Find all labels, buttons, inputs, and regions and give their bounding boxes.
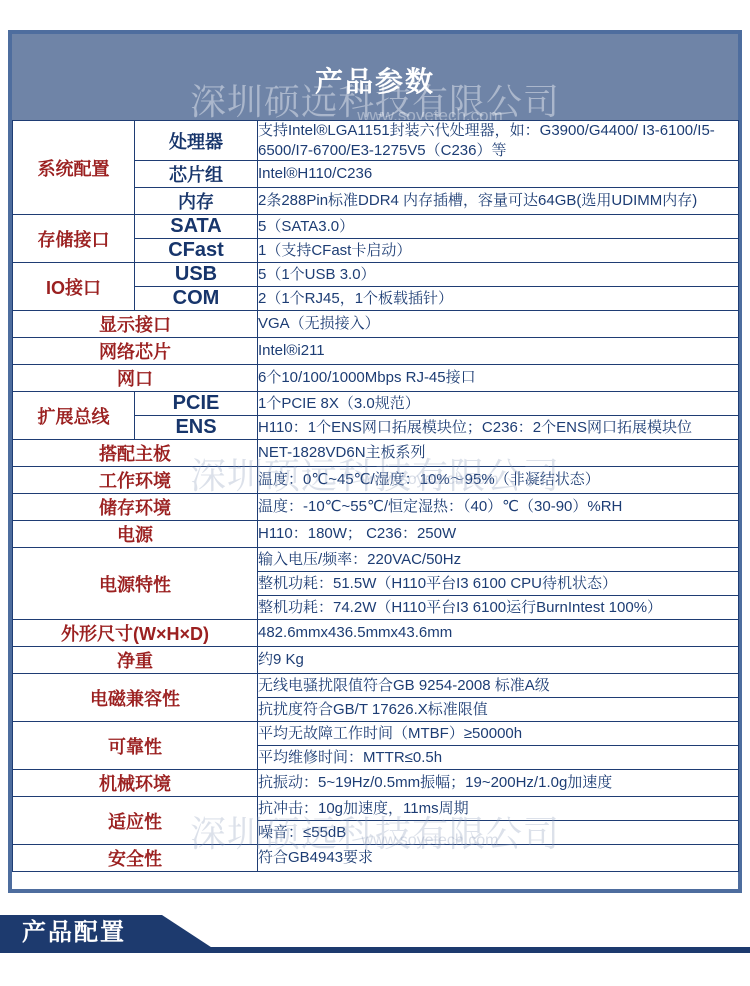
spec-value: 5（SATA3.0） [258, 215, 739, 239]
product-spec-panel: 深圳硕远科技有限公司 www.soyetech.com 产品参数 系统配置 处理… [8, 30, 742, 893]
spec-subcategory: COM [135, 287, 258, 311]
spec-value: 噪音：≤55dB [258, 821, 739, 845]
spec-subcategory: 芯片组 [135, 161, 258, 188]
spec-value: H110：180W； C236：250W [258, 521, 739, 548]
footer-section-title: 产品配置 [22, 915, 126, 949]
spec-category: 网口 [13, 365, 258, 392]
spec-value: 输入电压/频率：220VAC/50Hz [258, 548, 739, 572]
table-row: 安全性 符合GB4943要求 [13, 845, 739, 872]
spec-category: 电磁兼容性 [13, 674, 258, 722]
spec-value: 1个PCIE 8X（3.0规范） [258, 392, 739, 416]
spec-value: 约9 Kg [258, 647, 739, 674]
spec-category: 安全性 [13, 845, 258, 872]
spec-category: 电源 [13, 521, 258, 548]
spec-value: 支持Intel®LGA1151封装六代处理器，如：G3900/G4400/ I3… [258, 121, 739, 161]
spec-value: 5（1个USB 3.0） [258, 263, 739, 287]
spec-category: IO接口 [13, 263, 135, 311]
watermark-site: www.soyetech.com [122, 106, 738, 120]
table-row: 存储接口 SATA 5（SATA3.0） [13, 215, 739, 239]
spec-value: 482.6mmx436.5mmx43.6mm [258, 620, 739, 647]
spec-subcategory: ENS [135, 416, 258, 440]
spec-value: 温度：0℃~45℃/湿度：10%～95%（非凝结状态） [258, 467, 739, 494]
spec-category: 搭配主板 [13, 440, 258, 467]
spec-value: 抗振动：5~19Hz/0.5mm振幅；19~200Hz/1.0g加速度 [258, 770, 739, 797]
spec-value: H110：1个ENS网口拓展模块位；C236：2个ENS网口拓展模块位 [258, 416, 739, 440]
table-row: 显示接口 VGA（无损接入） [13, 311, 739, 338]
spec-value: 平均维修时间：MTTR≤0.5h [258, 746, 739, 770]
spec-category: 外形尺寸(W×H×D) [13, 620, 258, 647]
spec-subcategory: 内存 [135, 188, 258, 215]
spec-value: 抗冲击：10g加速度，11ms周期 [258, 797, 739, 821]
spec-value: VGA（无损接入） [258, 311, 739, 338]
spec-value: 2（1个RJ45，1个板载插针） [258, 287, 739, 311]
spec-category: 系统配置 [13, 121, 135, 215]
spec-value: 符合GB4943要求 [258, 845, 739, 872]
spec-category: 网络芯片 [13, 338, 258, 365]
table-row: 网络芯片 Intel®i211 [13, 338, 739, 365]
table-row: 系统配置 处理器 支持Intel®LGA1151封装六代处理器，如：G3900/… [13, 121, 739, 161]
spec-subcategory: USB [135, 263, 258, 287]
spec-value: NET-1828VD6N主板系列 [258, 440, 739, 467]
footer-banner: 产品配置 [0, 915, 750, 953]
table-row: 电磁兼容性 无线电骚扰限值符合GB 9254-2008 标准A级 [13, 674, 739, 698]
spec-subcategory: CFast [135, 239, 258, 263]
spec-category: 可靠性 [13, 722, 258, 770]
spec-value: 抗扰度符合GB/T 17626.X标准限值 [258, 698, 739, 722]
table-row: 适应性 抗冲击：10g加速度，11ms周期 [13, 797, 739, 821]
table-row: 搭配主板 NET-1828VD6N主板系列 [13, 440, 739, 467]
spec-category: 机械环境 [13, 770, 258, 797]
table-row: 储存环境 温度：-10℃~55℃/恒定湿热：（40）℃（30-90）%RH [13, 494, 739, 521]
spec-value: 6个10/100/1000Mbps RJ-45接口 [258, 365, 739, 392]
table-row: 扩展总线 PCIE 1个PCIE 8X（3.0规范） [13, 392, 739, 416]
table-row: 电源特性 输入电压/频率：220VAC/50Hz [13, 548, 739, 572]
spec-value: 2条288Pin标准DDR4 内存插槽，容量可达64GB(选用UDIMM内存) [258, 188, 739, 215]
table-row: 净重 约9 Kg [13, 647, 739, 674]
table-row: 电源 H110：180W； C236：250W [13, 521, 739, 548]
table-row: 外形尺寸(W×H×D) 482.6mmx436.5mmx43.6mm [13, 620, 739, 647]
spec-category: 扩展总线 [13, 392, 135, 440]
spec-title: 产品参数 [12, 60, 738, 100]
table-row: 可靠性 平均无故障工作时间（MTBF）≥50000h [13, 722, 739, 746]
spec-subcategory: PCIE [135, 392, 258, 416]
spec-value: 1（支持CFast卡启动） [258, 239, 739, 263]
spec-category: 净重 [13, 647, 258, 674]
spec-header-band: 深圳硕远科技有限公司 www.soyetech.com 产品参数 [12, 34, 738, 120]
spec-value: 整机功耗：51.5W（H110平台I3 6100 CPU待机状态） [258, 572, 739, 596]
table-row: IO接口 USB 5（1个USB 3.0） [13, 263, 739, 287]
spec-category: 显示接口 [13, 311, 258, 338]
spec-value: 平均无故障工作时间（MTBF）≥50000h [258, 722, 739, 746]
spec-subcategory: 处理器 [135, 121, 258, 161]
spec-value: Intel®H110/C236 [258, 161, 739, 188]
table-row: 网口 6个10/100/1000Mbps RJ-45接口 [13, 365, 739, 392]
spec-category: 电源特性 [13, 548, 258, 620]
spec-value: 整机功耗：74.2W（H110平台I3 6100运行BurnIntest 100… [258, 596, 739, 620]
spec-value: 无线电骚扰限值符合GB 9254-2008 标准A级 [258, 674, 739, 698]
spec-table: 系统配置 处理器 支持Intel®LGA1151封装六代处理器，如：G3900/… [12, 120, 739, 872]
spec-category: 工作环境 [13, 467, 258, 494]
table-row: 工作环境 温度：0℃~45℃/湿度：10%～95%（非凝结状态） [13, 467, 739, 494]
spec-category: 储存环境 [13, 494, 258, 521]
spec-category: 存储接口 [13, 215, 135, 263]
spec-value: 温度：-10℃~55℃/恒定湿热：（40）℃（30-90）%RH [258, 494, 739, 521]
spec-value: Intel®i211 [258, 338, 739, 365]
spec-category: 适应性 [13, 797, 258, 845]
table-row: 机械环境 抗振动：5~19Hz/0.5mm振幅；19~200Hz/1.0g加速度 [13, 770, 739, 797]
spec-subcategory: SATA [135, 215, 258, 239]
